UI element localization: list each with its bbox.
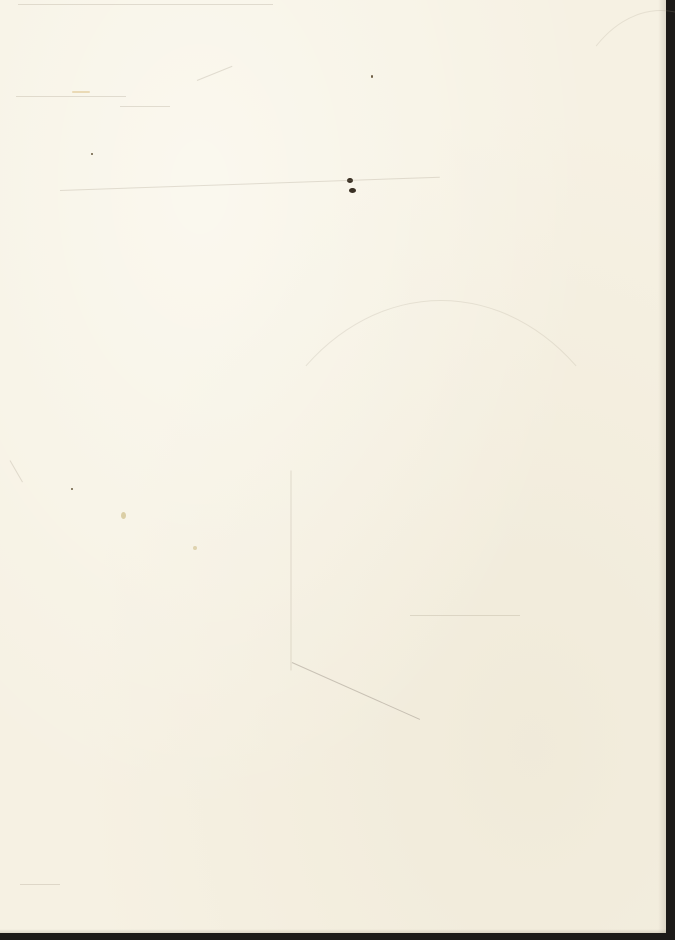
- ink-spot: [91, 153, 93, 155]
- page-bottom-edge: [0, 929, 666, 933]
- pencil-line: [16, 96, 126, 97]
- ink-spot: [71, 488, 73, 490]
- ink-spot: [371, 75, 373, 78]
- stain-spot: [193, 546, 197, 550]
- pencil-line: [18, 4, 273, 5]
- pencil-line: [20, 884, 60, 885]
- pencil-line: [60, 177, 440, 191]
- stain-spot: [121, 512, 126, 519]
- pencil-line: [10, 460, 23, 482]
- page-crease: [240, 300, 642, 802]
- page-crease: [560, 10, 675, 312]
- pencil-line: [197, 66, 233, 81]
- blank-page: [0, 0, 666, 933]
- stain-spot: [72, 91, 90, 93]
- ink-spot: [349, 188, 356, 193]
- pencil-line: [120, 106, 170, 107]
